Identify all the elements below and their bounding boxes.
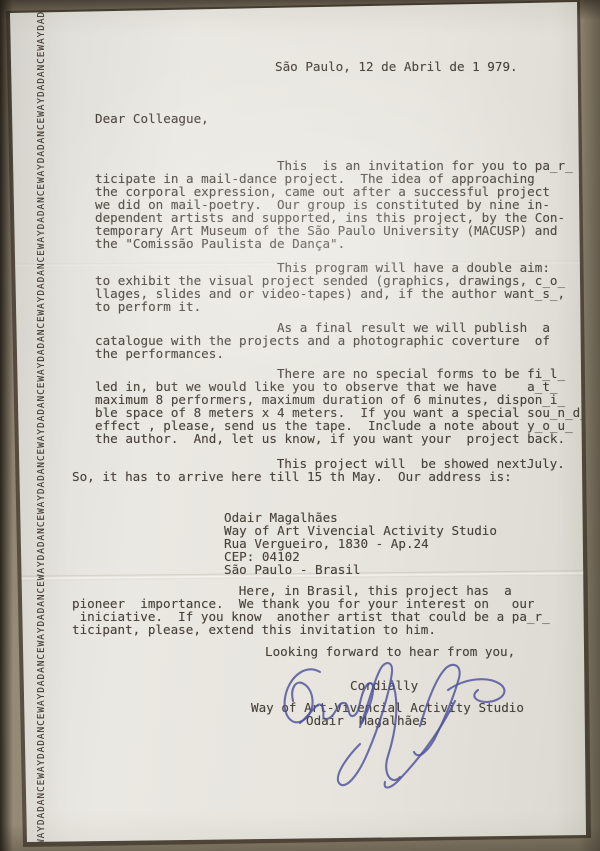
handwritten-signature	[0, 0, 600, 851]
photo-background: WAYDADANCEWAYDADANCEWAYDADANCEWAYDADANCE…	[0, 0, 600, 851]
letter-paper: WAYDADANCEWAYDADANCEWAYDADANCEWAYDADANCE…	[0, 0, 600, 851]
